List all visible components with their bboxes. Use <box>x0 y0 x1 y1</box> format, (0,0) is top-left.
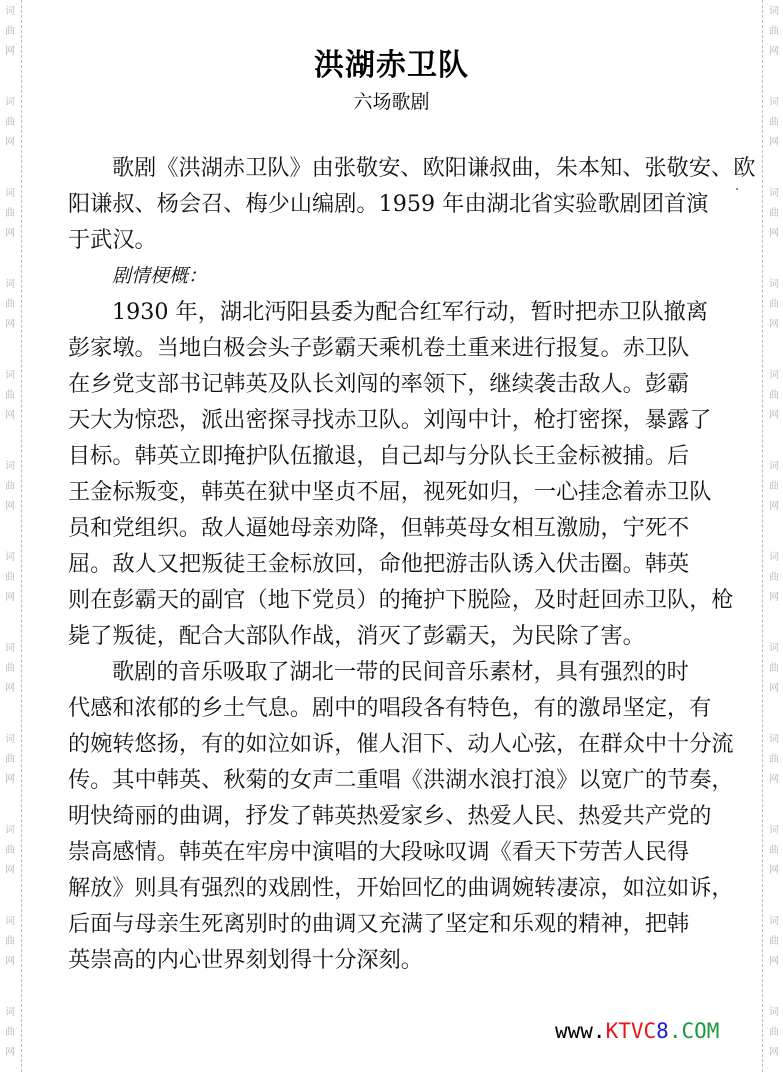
watermark-group: 词曲网 <box>0 457 20 517</box>
watermark-char: 词 <box>764 1003 783 1023</box>
watermark-char: 曲 <box>764 22 783 42</box>
watermark-char: 网 <box>764 133 783 153</box>
watermark-char: 网 <box>0 1043 20 1063</box>
watermark-char: 网 <box>764 679 783 699</box>
watermark-char: 曲 <box>0 932 20 952</box>
text-line: 解放》则具有强烈的戏剧性，开始回忆的曲调婉转凄凉，如泣如诉， <box>68 870 740 906</box>
watermark-char: 网 <box>0 497 20 517</box>
url-part-8: 8 <box>656 1019 669 1043</box>
watermark-char: 词 <box>764 275 783 295</box>
watermark-char: 词 <box>0 730 20 750</box>
watermark-char: 曲 <box>0 1023 20 1043</box>
watermark-char: 词 <box>0 2 20 22</box>
text-line: 员和党组织。敌人逼她母亲劝降，但韩英母女相互激励，宁死不 <box>68 510 740 546</box>
watermark-char: 网 <box>764 952 783 972</box>
watermark-char: 曲 <box>764 1023 783 1043</box>
watermark-char: 网 <box>764 497 783 517</box>
watermark-char: 曲 <box>764 659 783 679</box>
watermark-char: 网 <box>0 133 20 153</box>
synopsis-paragraph: 1930 年，湖北沔阳县委为配合红军行动，暂时把赤卫队撤离 彭家墩。当地白极会头… <box>68 294 740 654</box>
watermark-char: 曲 <box>764 386 783 406</box>
url-part-ktvc: KTVC <box>606 1019 657 1043</box>
url-part-com: .COM <box>669 1019 720 1043</box>
watermark-char: 网 <box>764 1043 783 1063</box>
text-line: 的婉转悠扬，有的如泣如诉，催人泪下、动人心弦，在群众中十分流 <box>68 726 740 762</box>
watermark-group: 词曲网 <box>0 730 20 790</box>
watermark-group: 词曲网 <box>0 821 20 881</box>
site-url-watermark[interactable]: www.KTVC8.COM <box>555 1019 719 1043</box>
watermark-char: 网 <box>764 770 783 790</box>
text-line: 毙了叛徒，配合大部队作战，消灭了彭霸天，为民除了害。 <box>68 618 740 654</box>
watermark-char: 曲 <box>0 295 20 315</box>
watermark-char: 网 <box>764 861 783 881</box>
watermark-char: 词 <box>764 821 783 841</box>
watermark-char: 曲 <box>0 750 20 770</box>
watermark-char: 曲 <box>764 568 783 588</box>
text-line: 天大为惊恐，派出密探寻找赤卫队。刘闯中计，枪打密探，暴露了 <box>68 402 740 438</box>
text-line: 崇高感情。韩英在牢房中演唱的大段咏叹调《看天下劳苦人民得 <box>68 834 740 870</box>
watermark-group: 词曲网 <box>0 912 20 972</box>
text-line: 代感和浓郁的乡土气息。剧中的唱段各有特色，有的激昂坚定，有 <box>68 690 740 726</box>
watermark-group: 词曲网 <box>0 548 20 608</box>
watermark-char: 词 <box>0 457 20 477</box>
watermark-group: 词曲网 <box>764 457 783 517</box>
watermark-group: 词曲网 <box>764 639 783 699</box>
document-body: 歌剧《洪湖赤卫队》由张敬安、欧阳谦叔曲，朱本知、张敬安、欧 阳谦叔、杨会召、梅少… <box>68 150 740 978</box>
watermark-group: 词曲网 <box>0 184 20 244</box>
watermark-char: 曲 <box>764 204 783 224</box>
text-line: 则在彭霸天的副官（地下党员）的掩护下脱险，及时赶回赤卫队，枪 <box>68 582 740 618</box>
document-title: 洪湖赤卫队 <box>0 40 783 84</box>
watermark-char: 网 <box>0 770 20 790</box>
document-subtitle: 六场歌剧 <box>0 87 783 114</box>
watermark-char: 曲 <box>0 841 20 861</box>
watermark-char: 曲 <box>0 477 20 497</box>
text-line: 彭家墩。当地白极会头子彭霸天乘机卷土重来进行报复。赤卫队 <box>68 330 740 366</box>
watermark-char: 曲 <box>764 841 783 861</box>
watermark-char: 网 <box>0 588 20 608</box>
watermark-char: 曲 <box>0 204 20 224</box>
text-line: 阳谦叔、杨会召、梅少山编剧。1959 年由湖北省实验歌剧团首演 <box>68 186 740 222</box>
watermark-group: 词曲网 <box>764 912 783 972</box>
url-part-www: www. <box>555 1019 606 1043</box>
watermark-char: 词 <box>764 457 783 477</box>
watermark-char: 曲 <box>0 113 20 133</box>
watermark-char: 词 <box>0 821 20 841</box>
watermark-char: 网 <box>764 588 783 608</box>
watermark-char: 词 <box>764 366 783 386</box>
right-watermark-column: 词曲网词曲网词曲网词曲网词曲网词曲网词曲网词曲网词曲网词曲网词曲网词曲网 <box>764 0 783 1072</box>
watermark-char: 词 <box>0 912 20 932</box>
text-line: 歌剧的音乐吸取了湖北一带的民间音乐素材，具有强烈的时 <box>68 654 740 690</box>
watermark-char: 词 <box>764 730 783 750</box>
text-line: 在乡党支部书记韩英及队长刘闯的率领下，继续袭击敌人。彭霸 <box>68 366 740 402</box>
watermark-char: 曲 <box>764 477 783 497</box>
watermark-char: 曲 <box>0 386 20 406</box>
watermark-char: 词 <box>0 184 20 204</box>
left-margin-divider <box>21 0 22 1072</box>
watermark-group: 词曲网 <box>764 366 783 426</box>
watermark-char: 网 <box>0 952 20 972</box>
text-line: 目标。韩英立即掩护队伍撤退，自己却与分队长王金标被捕。后 <box>68 438 740 474</box>
watermark-char: 词 <box>0 1003 20 1023</box>
watermark-group: 词曲网 <box>764 1003 783 1063</box>
text-line: 歌剧《洪湖赤卫队》由张敬安、欧阳谦叔曲，朱本知、张敬安、欧 <box>68 150 740 186</box>
text-line: 王金标叛变，韩英在狱中坚贞不屈，视死如归，一心挂念着赤卫队 <box>68 474 740 510</box>
text-line: 传。其中韩英、秋菊的女声二重唱《洪湖水浪打浪》以宽广的节奏， <box>68 762 740 798</box>
right-margin-divider <box>762 0 763 1072</box>
watermark-char: 词 <box>0 639 20 659</box>
watermark-char: 网 <box>0 315 20 335</box>
scan-speck <box>736 188 738 190</box>
watermark-char: 网 <box>0 861 20 881</box>
left-watermark-column: 词曲网词曲网词曲网词曲网词曲网词曲网词曲网词曲网词曲网词曲网词曲网词曲网 <box>0 0 20 1072</box>
watermark-char: 网 <box>0 224 20 244</box>
watermark-group: 词曲网 <box>764 730 783 790</box>
watermark-group: 词曲网 <box>764 821 783 881</box>
watermark-group: 词曲网 <box>0 1003 20 1063</box>
watermark-char: 词 <box>764 2 783 22</box>
watermark-char: 网 <box>764 315 783 335</box>
watermark-char: 曲 <box>764 113 783 133</box>
watermark-char: 词 <box>764 912 783 932</box>
watermark-char: 网 <box>764 224 783 244</box>
watermark-char: 曲 <box>0 568 20 588</box>
watermark-char: 网 <box>0 679 20 699</box>
watermark-group: 词曲网 <box>0 366 20 426</box>
watermark-group: 词曲网 <box>764 548 783 608</box>
watermark-char: 曲 <box>764 932 783 952</box>
watermark-char: 词 <box>764 548 783 568</box>
text-line: 英崇高的内心世界刻划得十分深刻。 <box>68 942 740 978</box>
text-line: 于武汉。 <box>68 222 740 258</box>
watermark-group: 词曲网 <box>0 275 20 335</box>
text-line: 明快绮丽的曲调，抒发了韩英热爱家乡、热爱人民、热爱共产党的 <box>68 798 740 834</box>
watermark-char: 网 <box>0 406 20 426</box>
watermark-char: 词 <box>764 639 783 659</box>
text-line: 1930 年，湖北沔阳县委为配合红军行动，暂时把赤卫队撤离 <box>68 294 740 330</box>
text-line: 后面与母亲生死离别时的曲调又充满了坚定和乐观的精神，把韩 <box>68 906 740 942</box>
watermark-char: 曲 <box>0 659 20 679</box>
watermark-char: 词 <box>0 275 20 295</box>
synopsis-heading: 剧情梗概： <box>68 258 740 294</box>
watermark-char: 曲 <box>764 750 783 770</box>
music-paragraph: 歌剧的音乐吸取了湖北一带的民间音乐素材，具有强烈的时 代感和浓郁的乡土气息。剧中… <box>68 654 740 978</box>
watermark-char: 词 <box>764 184 783 204</box>
watermark-char: 词 <box>0 366 20 386</box>
intro-paragraph: 歌剧《洪湖赤卫队》由张敬安、欧阳谦叔曲，朱本知、张敬安、欧 阳谦叔、杨会召、梅少… <box>68 150 740 258</box>
watermark-char: 词 <box>0 548 20 568</box>
watermark-group: 词曲网 <box>764 184 783 244</box>
watermark-group: 词曲网 <box>764 275 783 335</box>
watermark-char: 曲 <box>764 295 783 315</box>
watermark-group: 词曲网 <box>0 639 20 699</box>
watermark-char: 网 <box>764 406 783 426</box>
text-line: 屈。敌人又把叛徒王金标放回，命他把游击队诱入伏击圈。韩英 <box>68 546 740 582</box>
watermark-char: 曲 <box>0 22 20 42</box>
